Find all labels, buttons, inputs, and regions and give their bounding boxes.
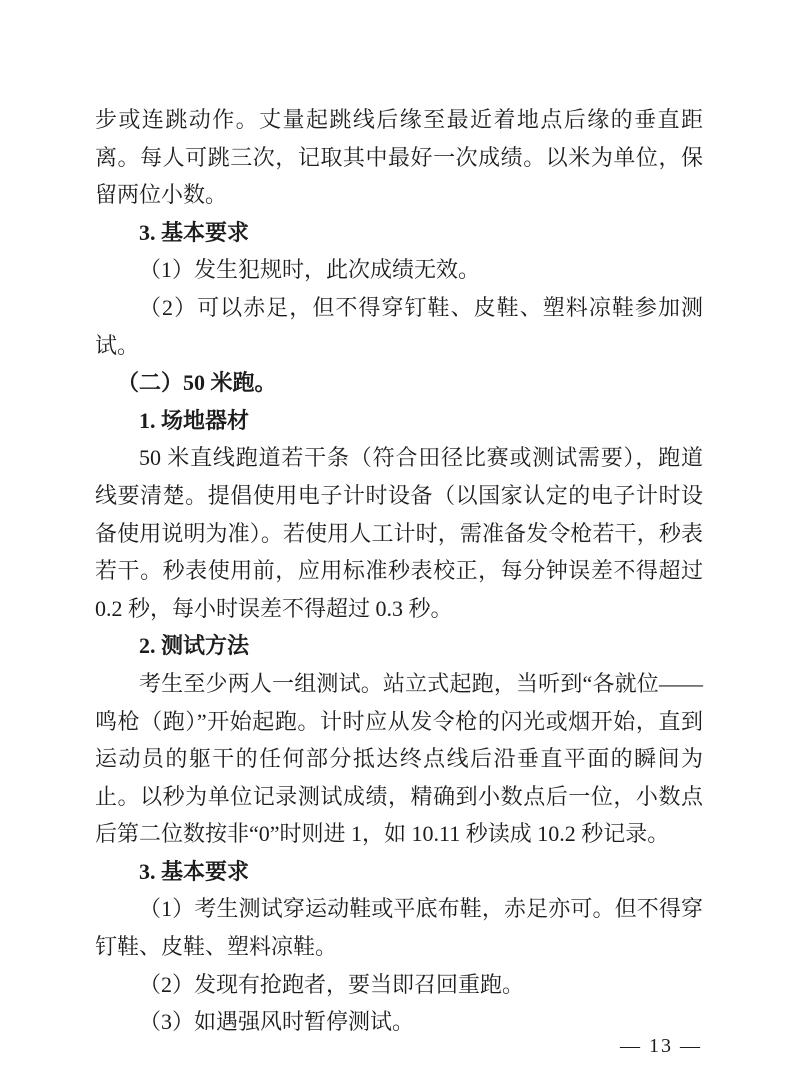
paragraph-long-jump-measurement: 步或连跳动作。丈量起跳线后缘至最近着地点后缘的垂直距离。每人可跳三次，记取其中最… xyxy=(95,101,703,214)
page-number: — 13 — xyxy=(620,1035,702,1058)
paragraph-track-equipment: 50 米直线跑道若干条（符合田径比赛或测试需要），跑道线要清楚。提倡使用电子计时… xyxy=(95,439,703,627)
list-item-foul-invalid: （1）发生犯规时，此次成绩无效。 xyxy=(95,251,703,289)
document-page: 步或连跳动作。丈量起跳线后缘至最近着地点后缘的垂直距离。每人可跳三次，记取其中最… xyxy=(0,0,794,1071)
list-item-false-start: （2）发现有抢跑者，要当即召回重跑。 xyxy=(95,966,703,1004)
list-item-strong-wind: （3）如遇强风时暂停测试。 xyxy=(95,1003,703,1041)
heading-basic-requirements-long-jump: 3. 基本要求 xyxy=(95,214,703,252)
heading-test-method: 2. 测试方法 xyxy=(95,627,703,665)
heading-50m-run: （二）50 米跑。 xyxy=(95,364,703,402)
heading-venue-equipment: 1. 场地器材 xyxy=(95,402,703,440)
list-item-shoes-requirement: （1）考生测试穿运动鞋或平底布鞋，赤足亦可。但不得穿钉鞋、皮鞋、塑料凉鞋。 xyxy=(95,890,703,965)
heading-basic-requirements-50m: 3. 基本要求 xyxy=(95,853,703,891)
paragraph-test-method: 考生至少两人一组测试。站立式起跑，当听到“各就位——鸣枪（跑）”开始起跑。计时应… xyxy=(95,665,703,853)
list-item-barefoot-allowed: （2）可以赤足，但不得穿钉鞋、皮鞋、塑料凉鞋参加测试。 xyxy=(95,289,703,364)
document-body: 步或连跳动作。丈量起跳线后缘至最近着地点后缘的垂直距离。每人可跳三次，记取其中最… xyxy=(95,101,703,1041)
